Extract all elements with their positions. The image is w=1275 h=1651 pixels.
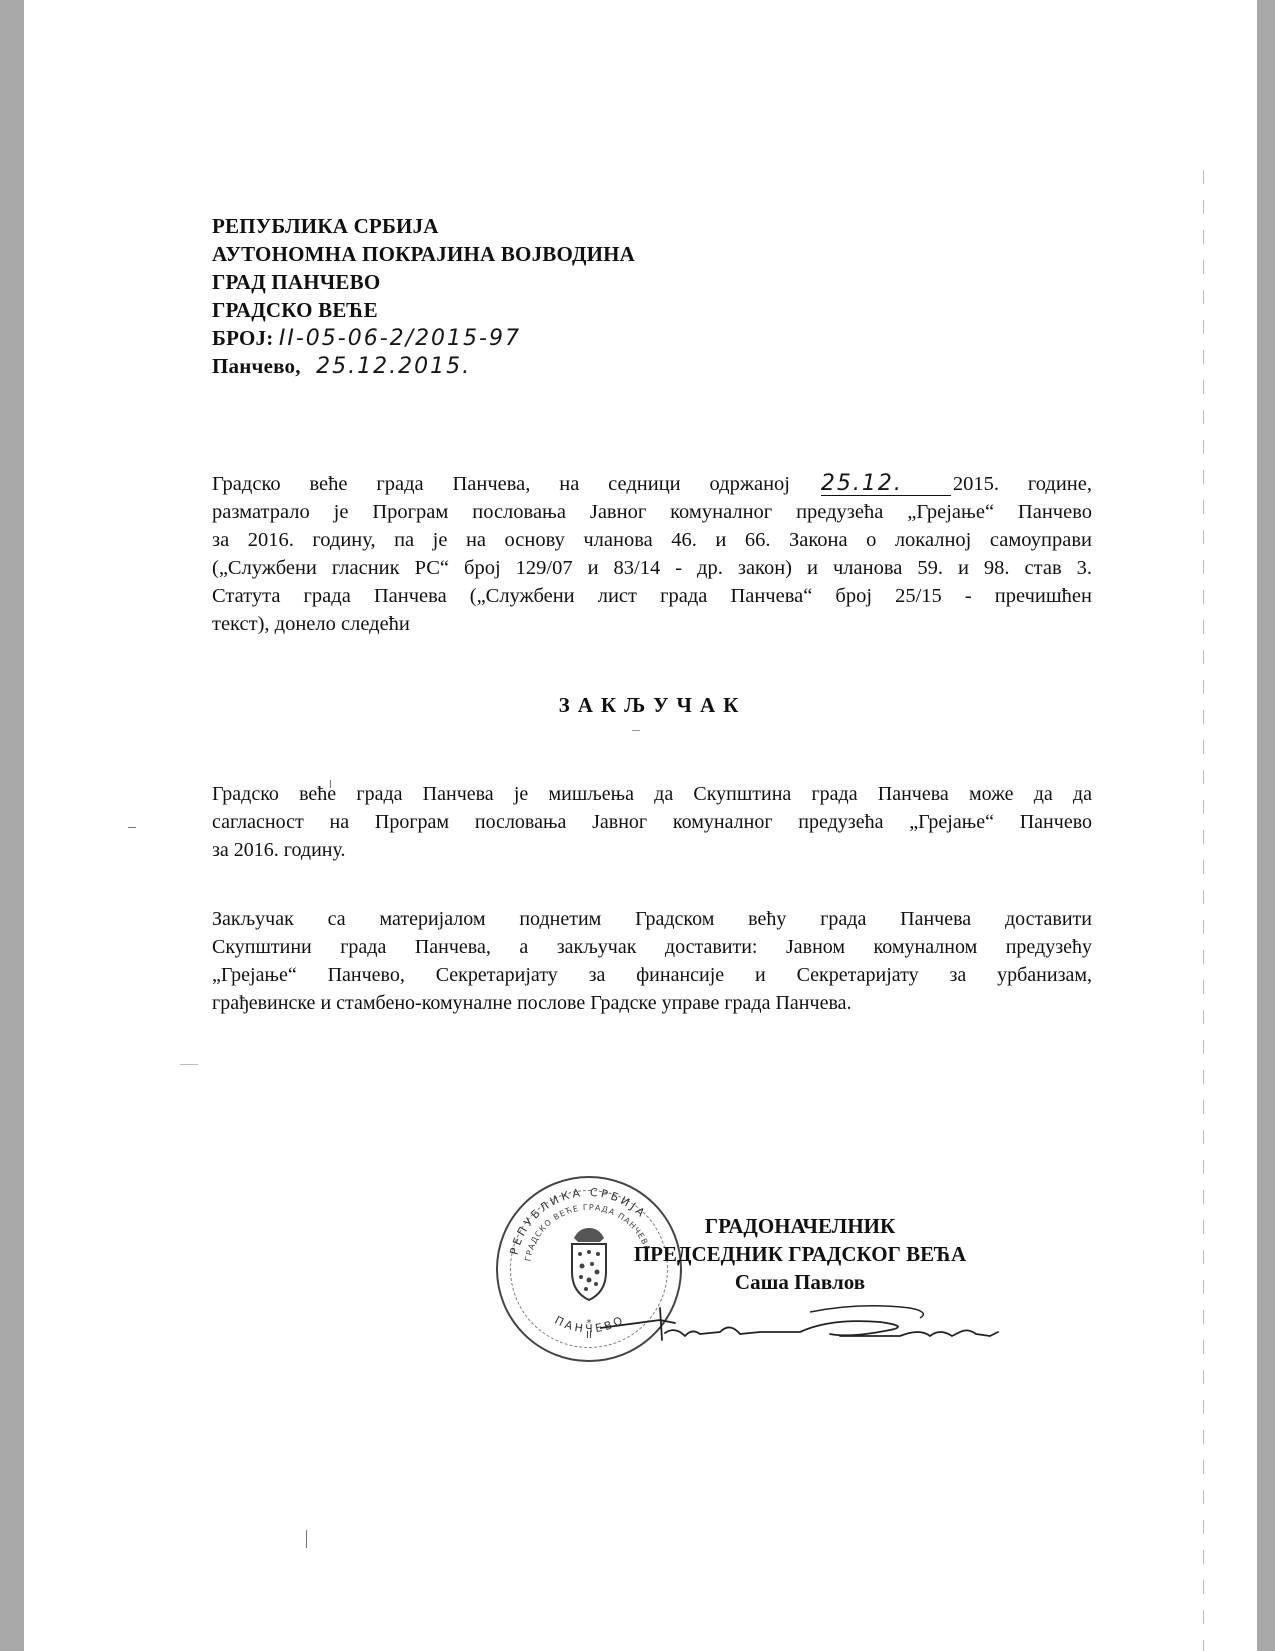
paragraph-line: грађевинске и стамбено-комуналне послове…: [212, 989, 1092, 1017]
document-title: ЗАКЉУЧАК: [0, 693, 1275, 718]
line-text: Градско веће града Панчева, на седници о…: [212, 473, 790, 495]
paragraph-line: Закључак са материјалом поднетим Градско…: [212, 905, 1092, 933]
header-country: РЕПУБЛИКА СРБИЈА: [212, 212, 635, 240]
paragraph-line: Градско веће града Панчева је мишљења да…: [212, 780, 1092, 808]
header-number: БРОЈ: II-05-06-2/2015-97: [212, 324, 635, 352]
signatory-name: Саша Павлов: [580, 1268, 1020, 1296]
svg-text:*: *: [587, 1318, 592, 1329]
scan-artifact-line: [1203, 170, 1204, 1651]
place-label: Панчево,: [212, 354, 301, 378]
paragraph-line: Градско веће града Панчева, на седници о…: [212, 470, 1092, 498]
paragraph-line: текст), донело следећи: [212, 610, 1092, 638]
paragraph-line: Статута града Панчева („Службени лист гр…: [212, 582, 1092, 610]
session-date-handwritten: 25.12.: [821, 473, 951, 496]
scan-speck: [632, 730, 640, 731]
scan-edge-right: [1257, 0, 1275, 1651]
number-value-handwritten: II-05-06-2/2015-97: [279, 326, 521, 351]
scan-speck: [306, 1530, 307, 1548]
number-label: БРОЈ:: [212, 326, 273, 350]
paragraph-line: „Грејање“ Панчево, Секретаријату за фина…: [212, 961, 1092, 989]
scan-speck: [330, 780, 331, 788]
signatory-title-mayor: ГРАДОНАЧЕЛНИК: [580, 1212, 1020, 1240]
paragraph-line: за 2016. годину, па је на основу чланова…: [212, 526, 1092, 554]
scan-speck: [128, 827, 136, 828]
paragraph-preamble: Градско веће града Панчева, на седници о…: [212, 470, 1092, 638]
signatory-title-council-president: ПРЕДСЕДНИК ГРАДСКОГ ВЕЋА: [580, 1240, 1020, 1268]
paragraph-line: („Службени гласник РС“ број 129/07 и 83/…: [212, 554, 1092, 582]
header-body: ГРАДСКО ВЕЋЕ: [212, 296, 635, 324]
line-text: 2015. године,: [953, 473, 1092, 495]
handwritten-signature-icon: [600, 1298, 1020, 1348]
signature-block: ГРАДОНАЧЕЛНИК ПРЕДСЕДНИК ГРАДСКОГ ВЕЋА С…: [580, 1212, 1020, 1296]
header-province: АУТОНОМНА ПОКРАЈИНА ВОЈВОДИНА: [212, 240, 635, 268]
svg-text:II: II: [586, 1330, 592, 1341]
scan-speck: [180, 1064, 198, 1065]
scan-edge-left: [0, 0, 24, 1651]
paragraph-delivery: Закључак са материјалом поднетим Градско…: [212, 905, 1092, 1017]
date-value-handwritten: 25.12.2015.: [316, 354, 471, 379]
paragraph-line: сагласност на Програм пословања Јавног к…: [212, 808, 1092, 836]
document-header: РЕПУБЛИКА СРБИЈА АУТОНОМНА ПОКРАЈИНА ВОЈ…: [212, 212, 635, 380]
paragraph-conclusion: Градско веће града Панчева је мишљења да…: [212, 780, 1092, 864]
header-city: ГРАД ПАНЧЕВО: [212, 268, 635, 296]
paragraph-line: разматрало је Програм пословања Јавног к…: [212, 498, 1092, 526]
paragraph-line: Скупштини града Панчева, а закључак дост…: [212, 933, 1092, 961]
header-place-date: Панчево, 25.12.2015.: [212, 352, 635, 380]
paragraph-line: за 2016. годину.: [212, 836, 1092, 864]
